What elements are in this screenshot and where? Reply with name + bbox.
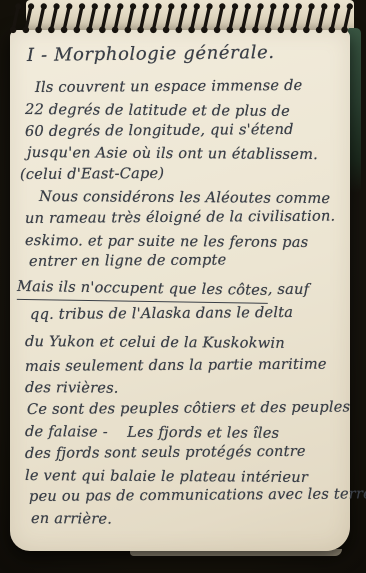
handwritten-text: Ce sont des peuples côtiers et des peupl… (27, 399, 350, 419)
handwritten-text: (celui d'East-Cape) (20, 165, 164, 183)
handwritten-line: (celui d'East-Cape) (20, 162, 350, 186)
coil (239, 3, 251, 33)
handwritten-text: Nous considérons les Aléoutes comme (39, 188, 330, 207)
handwritten-text: le vent qui balaie le plateau intérieur (25, 467, 308, 486)
coil (112, 3, 124, 33)
coil (137, 3, 149, 33)
handwritten-text: des fjords sont seuls protégés contre (25, 443, 306, 462)
coil (176, 3, 188, 33)
handwritten-line: Mais ils n'occupent que les côtes, sauf (17, 277, 350, 301)
handwritten-text: eskimo. et par suite ne les ferons pas (25, 232, 308, 251)
handwritten-text: de falaise - Les fjords et les îles (25, 423, 279, 442)
handwritten-line: Ils couvrent un espace immense de (35, 75, 350, 99)
coil (201, 3, 213, 33)
handwritten-text: 22 degrés de latitude et de plus de (25, 101, 290, 120)
photo-background: I - Morphologie générale. Ils couvrent u… (0, 0, 366, 573)
coil (227, 3, 239, 33)
handwritten-line: 60 degrés de longitude, qui s'étend (25, 118, 350, 142)
handwritten-text: en arrière. (31, 510, 112, 528)
coil (341, 3, 353, 33)
handwritten-text: du Yukon et celui de la Kuskokwin (25, 333, 285, 352)
coil (303, 3, 315, 33)
handwritten-text: peu ou pas de communications avec les te… (29, 486, 366, 506)
handwritten-text: qq. tribus de l'Alaska dans le delta (30, 304, 293, 323)
handwritten-text: Ils couvrent un espace immense de (35, 77, 303, 96)
handwritten-line: peu ou pas de communications avec les te… (29, 484, 350, 508)
coil (74, 3, 86, 33)
handwritten-line: du Yukon et celui de la Kuskokwin (25, 331, 350, 355)
handwritten-line: mais seulement dans la partie maritime (25, 353, 350, 377)
handwritten-line: qq. tribus de l'Alaska dans le delta (30, 301, 350, 325)
handwritten-line: un rameau très éloigné de la civilisatio… (25, 205, 350, 229)
notebook-page: I - Morphologie générale. Ils couvrent u… (10, 30, 350, 551)
coil (188, 3, 200, 33)
coil (23, 3, 35, 33)
coil (150, 3, 162, 33)
handwritten-text: , sauf (268, 281, 310, 298)
handwriting-lines: Ils couvrent un espace immense de22 degr… (25, 77, 350, 530)
underlined-text: Mais ils n'occupent que les côtes (17, 276, 268, 304)
coil (265, 3, 277, 33)
coil (290, 3, 302, 33)
handwritten-line: entrer en ligne de compte (29, 249, 350, 273)
coil (99, 3, 111, 33)
handwritten-text: 60 degrés de longitude, qui s'étend (25, 120, 294, 139)
handwritten-text: un rameau très éloigné de la civilisatio… (25, 207, 335, 226)
coil (163, 3, 175, 33)
handwritten-text: des rivières. (25, 379, 119, 397)
handwritten-text: entrer en ligne de compte (29, 252, 227, 271)
coil (61, 3, 73, 33)
spiral-binding (0, 0, 366, 46)
coil (10, 3, 22, 33)
coil (35, 3, 47, 33)
handwritten-text: mais seulement dans la partie maritime (25, 355, 327, 374)
coil (316, 3, 328, 33)
handwritten-text: jusqu'en Asie où ils ont un établissem. (27, 144, 318, 163)
coil (125, 3, 137, 33)
coil (329, 3, 341, 33)
coil (48, 3, 60, 33)
coil (252, 3, 264, 33)
coil (86, 3, 98, 33)
handwritten-line: Ce sont des peuples côtiers et des peupl… (27, 397, 350, 421)
coil (214, 3, 226, 33)
handwritten-line: des fjords sont seuls protégés contre (25, 440, 350, 464)
coil (278, 3, 290, 33)
handwritten-line: en arrière. (31, 508, 350, 532)
